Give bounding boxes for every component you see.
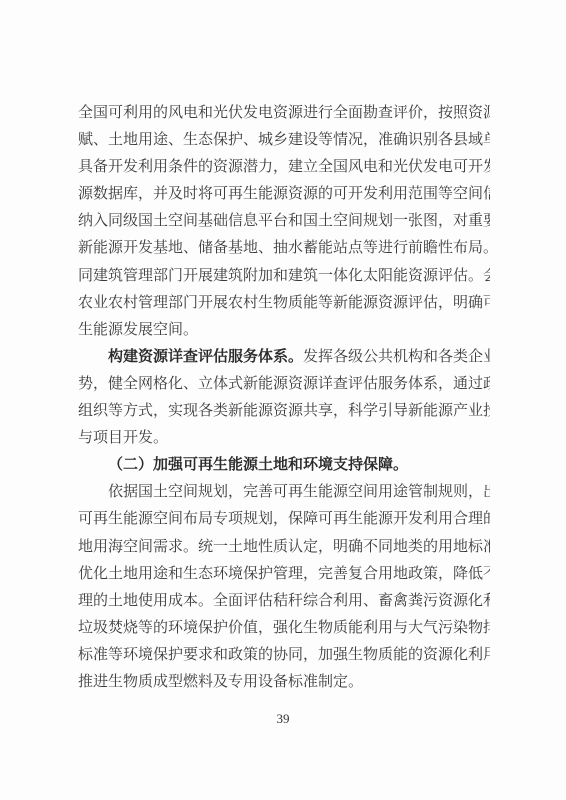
text-line: 生能源发展空间。	[78, 316, 490, 343]
text-line: 地用海空间需求。统一土地性质认定，明确不同地类的用地标准，	[78, 533, 490, 560]
text-line: 理的土地使用成本。全面评估秸秆综合利用、畜禽粪污资源化利用、	[78, 587, 490, 614]
body-text: 全国可利用的风电和光伏发电资源进行全面勘查评价，按照资源禀 赋、土地用途、生态保…	[78, 99, 490, 695]
text-line: 依据国土空间规划，完善可再生能源空间用途管制规则，出台	[78, 478, 490, 505]
text-line: 组织等方式，实现各类新能源资源共享，科学引导新能源产业投资	[78, 397, 490, 424]
text-line: 垃圾焚烧等的环境保护价值，强化生物质能利用与大气污染物排放	[78, 614, 490, 641]
text-line: 优化土地用途和生态环境保护管理，完善复合用地政策，降低不合	[78, 560, 490, 587]
text-line: 源数据库，并及时将可再生能源资源的可开发利用范围等空间信息	[78, 180, 490, 207]
text-line: 纳入同级国土空间基础信息平台和国土空间规划一张图，对重要的	[78, 207, 490, 234]
text-line: 赋、土地用途、生态保护、城乡建设等情况，准确识别各县域单元	[78, 126, 490, 153]
text-line: 全国可利用的风电和光伏发电资源进行全面勘查评价，按照资源禀	[78, 99, 490, 126]
page-number: 39	[0, 711, 566, 727]
text-line: 可再生能源空间布局专项规划，保障可再生能源开发利用合理的用	[78, 505, 490, 532]
text-line: 农业农村管理部门开展农村生物质能等新能源资源评估，明确可再	[78, 289, 490, 316]
text-line: 推进生物质成型燃料及专用设备标准制定。	[78, 668, 490, 695]
document-page: 全国可利用的风电和光伏发电资源进行全面勘查评价，按照资源禀 赋、土地用途、生态保…	[0, 0, 566, 800]
text-line: 新能源开发基地、储备基地、抽水蓄能站点等进行前瞻性布局。会	[78, 234, 490, 261]
text-span: 发挥各级公共机构和各类企业优	[303, 347, 490, 365]
text-line: 标准等环境保护要求和政策的协同，加强生物质能的资源化利用，	[78, 641, 490, 668]
bold-lead-text: 构建资源详查评估服务体系。	[108, 347, 303, 365]
section-heading: （二）加强可再生能源土地和环境支持保障。	[78, 451, 490, 478]
text-line: 具备开发利用条件的资源潜力，建立全国风电和光伏发电可开发资	[78, 153, 490, 180]
text-line: 势，健全网格化、立体式新能源资源详查评估服务体系，通过政府	[78, 370, 490, 397]
text-line: 构建资源详查评估服务体系。发挥各级公共机构和各类企业优	[78, 343, 490, 370]
text-line: 与项目开发。	[78, 424, 490, 451]
text-line: 同建筑管理部门开展建筑附加和建筑一体化太阳能资源评估。会同	[78, 262, 490, 289]
